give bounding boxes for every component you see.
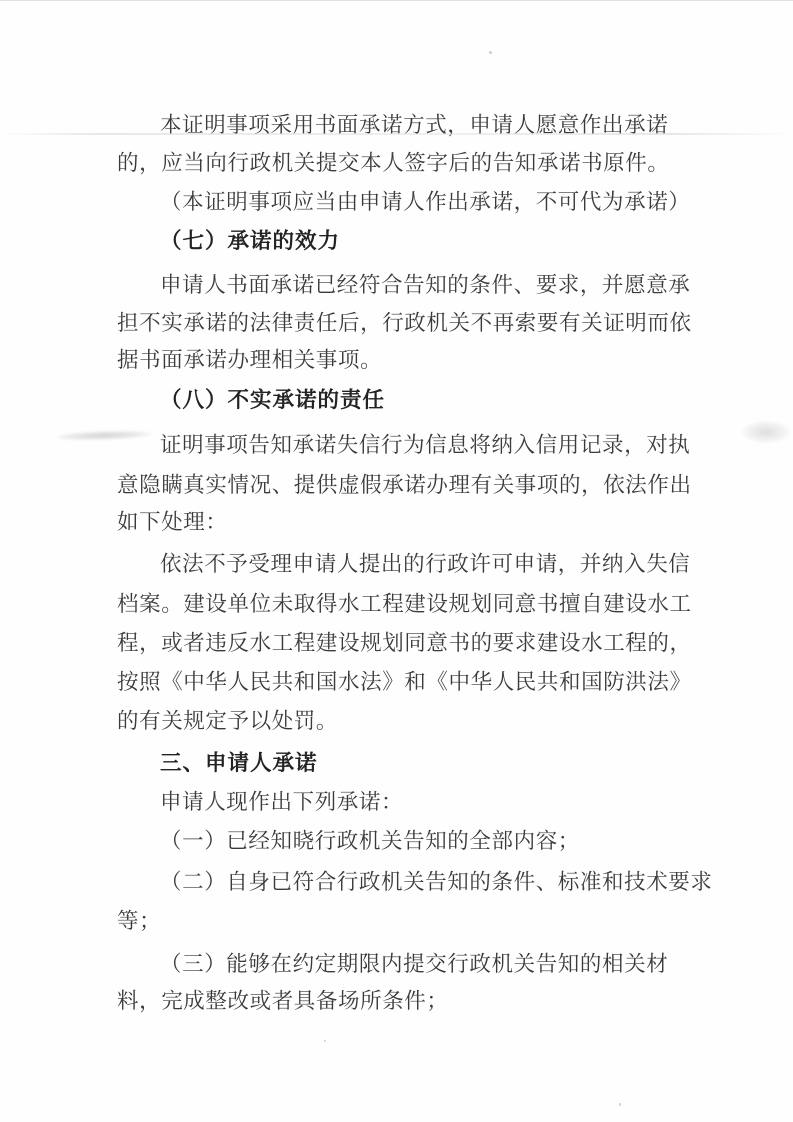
- scan-smudge-artifact: [56, 429, 152, 441]
- scan-speck-artifact: [489, 51, 492, 54]
- text-line: 意隐瞒真实情况、提供虚假承诺办理有关事项的，依法作出: [117, 470, 692, 500]
- text-line: （本证明事项应当由申请人作出承诺，不可代为承诺）: [160, 187, 690, 217]
- section-heading-3: 三、申请人承诺: [160, 748, 318, 778]
- text-line: 本证明事项采用书面承诺方式，申请人愿意作出承诺: [160, 110, 668, 140]
- text-line: 据书面承诺办理相关事项。: [117, 345, 382, 375]
- section-heading-7: （七）承诺的效力: [160, 226, 340, 256]
- document-page: 本证明事项采用书面承诺方式，申请人愿意作出承诺 的，应当向行政机关提交本人签字后…: [0, 0, 793, 1122]
- scan-speck-artifact: [324, 1040, 326, 1042]
- text-line: 档案。建设单位未取得水工程建设规划同意书擅自建设水工: [117, 589, 692, 619]
- scan-speck-artifact: [619, 1103, 621, 1106]
- scan-streak-artifact: [0, 133, 793, 135]
- text-line: （三）能够在约定期限内提交行政机关告知的相关材: [160, 949, 668, 979]
- text-line: 程，或者违反水工程建设规划同意书的要求建设水工程的，: [117, 628, 692, 658]
- text-line: 如下处理：: [117, 507, 228, 537]
- text-line: 证明事项告知承诺失信行为信息将纳入信用记录，对执: [160, 430, 690, 460]
- text-line: 担不实承诺的法律责任后，行政机关不再索要有关证明而依: [117, 308, 692, 338]
- section-heading-8: （八）不实承诺的责任: [160, 385, 385, 415]
- text-line: 依法不予受理申请人提出的行政许可申请，并纳入失信: [160, 549, 690, 579]
- text-line: 料，完成整改或者具备场所条件；: [117, 986, 449, 1016]
- scan-edge-artifact: [0, 0, 793, 1]
- text-line: 按照《中华人民共和国水法》和《中华人民共和国防洪法》: [117, 667, 692, 697]
- text-line: 申请人书面承诺已经符合告知的条件、要求，并愿意承: [160, 270, 690, 300]
- scan-smudge-artifact: [742, 421, 790, 443]
- text-line: 等；: [117, 906, 161, 936]
- text-line: （一）已经知晓行政机关告知的全部内容；: [160, 826, 580, 856]
- text-line: （二）自身已符合行政机关告知的条件、标准和技术要求: [160, 867, 713, 897]
- text-line: 的有关规定予以处罚。: [117, 706, 338, 736]
- text-line: 申请人现作出下列承诺：: [160, 787, 403, 817]
- text-line: 的，应当向行政机关提交本人签字后的告知承诺书原件。: [117, 148, 670, 178]
